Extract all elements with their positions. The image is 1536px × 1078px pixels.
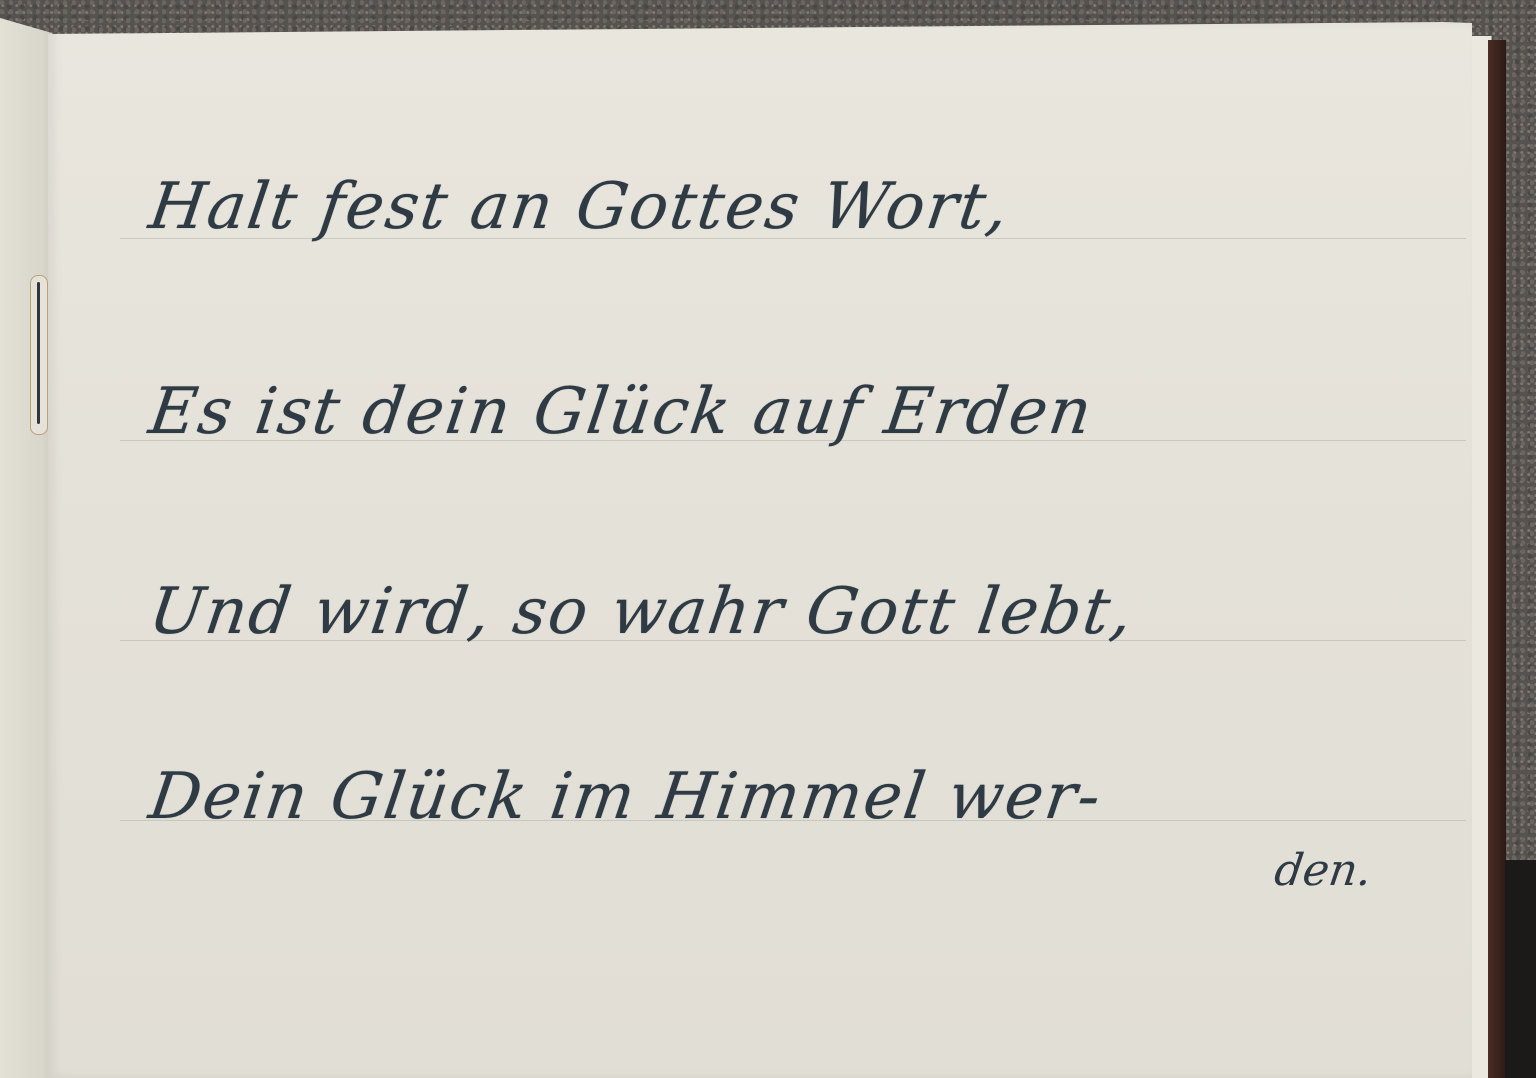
- verse-line-2: Es ist dein Glück auf Erden: [145, 375, 1098, 449]
- facing-left-page: [0, 18, 52, 1078]
- verse-line-1: Halt fest an Gottes Wort,: [145, 170, 1015, 244]
- verse-continuation: den.: [1271, 845, 1375, 896]
- verse-line-3: Und wird, so wahr Gott lebt,: [145, 575, 1139, 649]
- dark-object-corner: [1505, 860, 1536, 1078]
- binding-staple-icon: [30, 275, 48, 435]
- album-cover-edge: [1488, 40, 1506, 1078]
- verse-line-4: Dein Glück im Himmel wer-: [145, 760, 1107, 834]
